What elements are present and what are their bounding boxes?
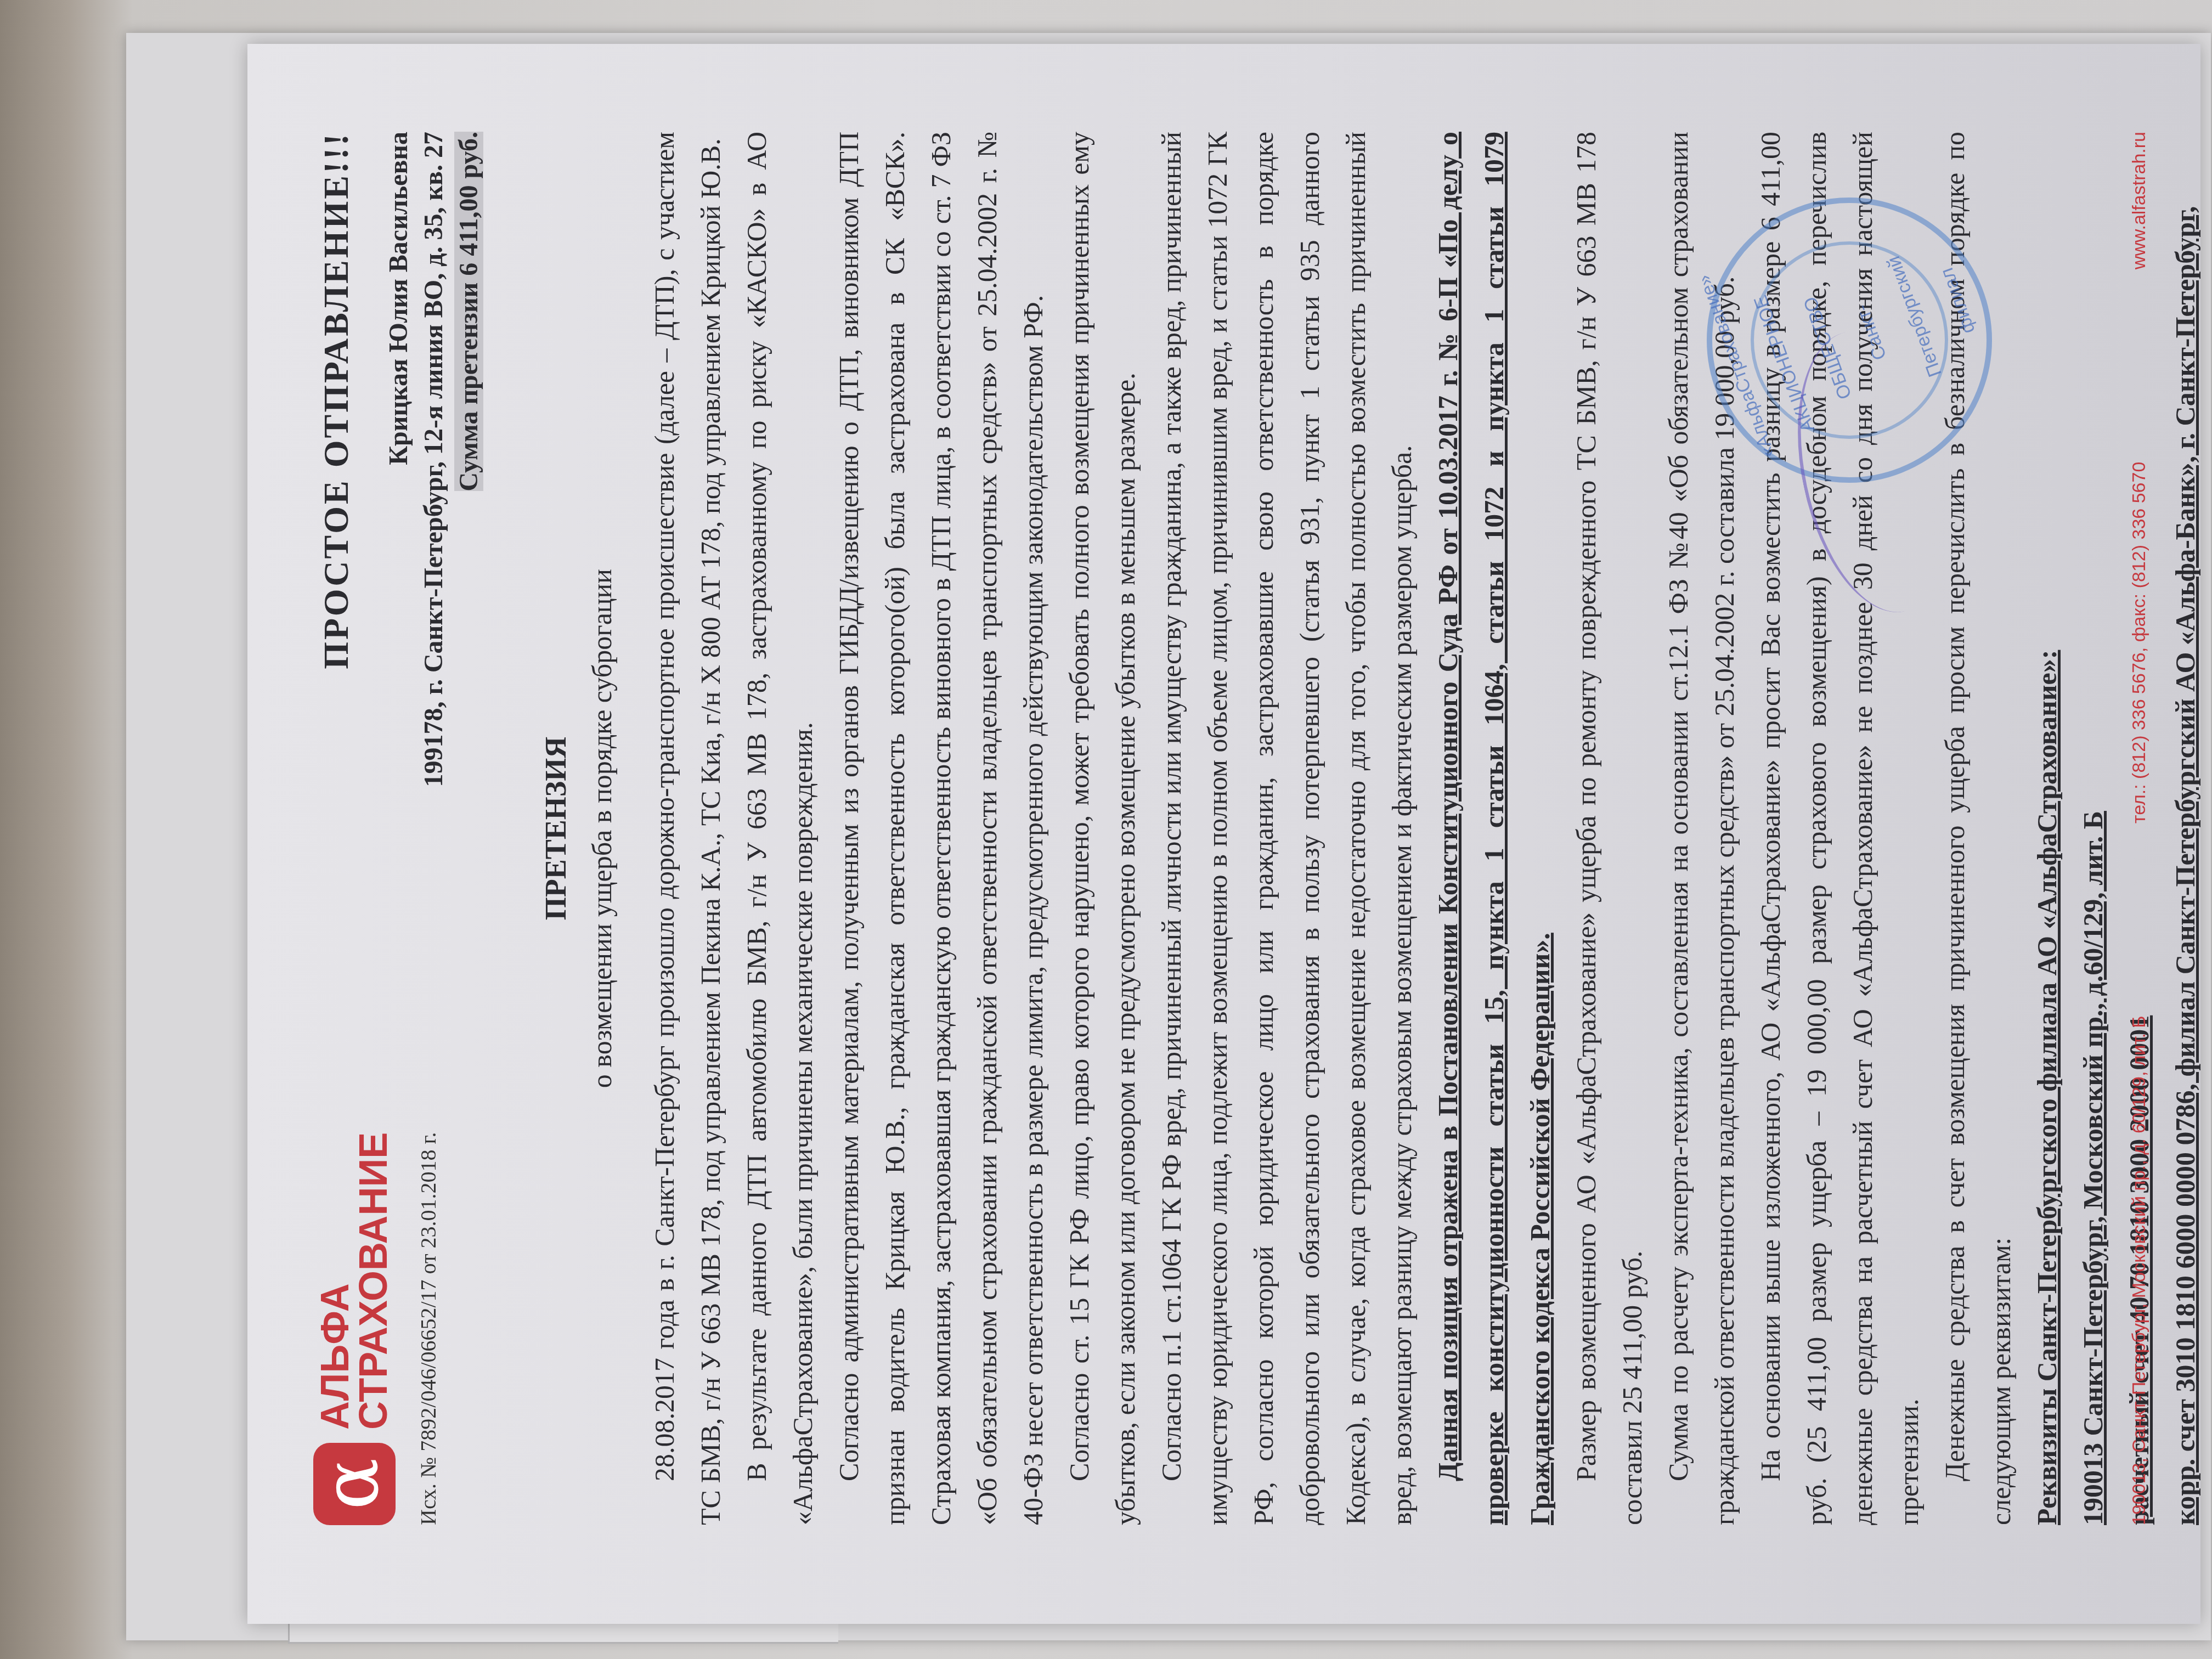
outgoing-reference: Исх. № 7892/046/06652/17 от 23.01.2018 г… <box>405 1132 452 1525</box>
document-photo: α АЛЬФА СТРАХОВАНИЕ Исх. № 7892/046/0665… <box>236 22 2212 1646</box>
claim-letter-page: α АЛЬФА СТРАХОВАНИЕ Исх. № 7892/046/0665… <box>247 44 2200 1624</box>
alfa-logo-icon: α <box>313 1443 396 1525</box>
paragraph-gk-1064: Согласно п.1 ст.1064 ГК РФ вред, причине… <box>1148 132 1425 1525</box>
requisites-bik: БИК 044030786, ОКПО 35488162, ОКОНХ 9622… <box>2208 132 2212 1525</box>
footer-phones: тел.: (812) 336 5676, факс: (812) 336 56… <box>2116 462 2162 823</box>
paragraph-liability: Согласно административным материалам, по… <box>826 132 1056 1525</box>
paragraph-court-ruling: Данная позиция отражена в Постановлении … <box>1425 132 1563 1525</box>
mail-type: ПРОСТОЕ ОТПРАВЛЕНИЕ!!! <box>313 132 359 787</box>
company-logo: α АЛЬФА СТРАХОВАНИЕ <box>313 1132 396 1525</box>
letter-footer: 190013, Санкт-Петербург, Московский пр.,… <box>2116 132 2162 1525</box>
claim-amount: Сумма претензии 6 411,00 руб. <box>454 132 483 491</box>
addressee-name: Крицкая Юлия Васильевна <box>381 132 416 787</box>
logo-wordmark: АЛЬФА СТРАХОВАНИЕ <box>316 1132 393 1430</box>
requisites-corr-account: корр. счет 3010 1810 6000 0000 0786, фил… <box>2162 132 2208 1525</box>
letterhead-left: α АЛЬФА СТРАХОВАНИЕ Исх. № 7892/046/0665… <box>313 1132 452 1525</box>
footer-address: 190013, Санкт-Петербург, Московский пр.,… <box>2116 1015 2162 1525</box>
logo-line-2: СТРАХОВАНИЕ <box>354 1132 393 1430</box>
requisites-heading: Реквизиты Санкт-Петербургского филиала А… <box>2024 132 2070 1525</box>
footer-website: www.alfastrah.ru <box>2116 132 2162 269</box>
paragraph-gk-15: Согласно ст. 15 ГК РФ лицо, право которо… <box>1056 132 1148 1525</box>
paragraph-damage: В результате данного ДТП автомобилю БМВ,… <box>733 132 826 1525</box>
logo-line-1: АЛЬФА <box>316 1132 354 1430</box>
letter-subtitle: о возмещении ущерба в порядке суброгации <box>579 132 625 1525</box>
addressee-block: ПРОСТОЕ ОТПРАВЛЕНИЕ!!! Крицкая Юлия Васи… <box>313 132 487 787</box>
paragraph-incident: 28.08.2017 года в г. Санкт-Петербург про… <box>641 132 733 1525</box>
requisites-address: 190013 Санкт-Петербург, Московский пр., … <box>2070 132 2116 1525</box>
letter-header: α АЛЬФА СТРАХОВАНИЕ Исх. № 7892/046/0665… <box>313 132 511 1525</box>
paragraph-paid-amount: Размер возмещенного АО «АльфаСтрахование… <box>1563 132 1655 1525</box>
letter-title: ПРЕТЕНЗИЯ <box>533 132 579 1525</box>
addressee-address: 199178, г. Санкт-Петербург, 12-я линия В… <box>416 132 452 787</box>
